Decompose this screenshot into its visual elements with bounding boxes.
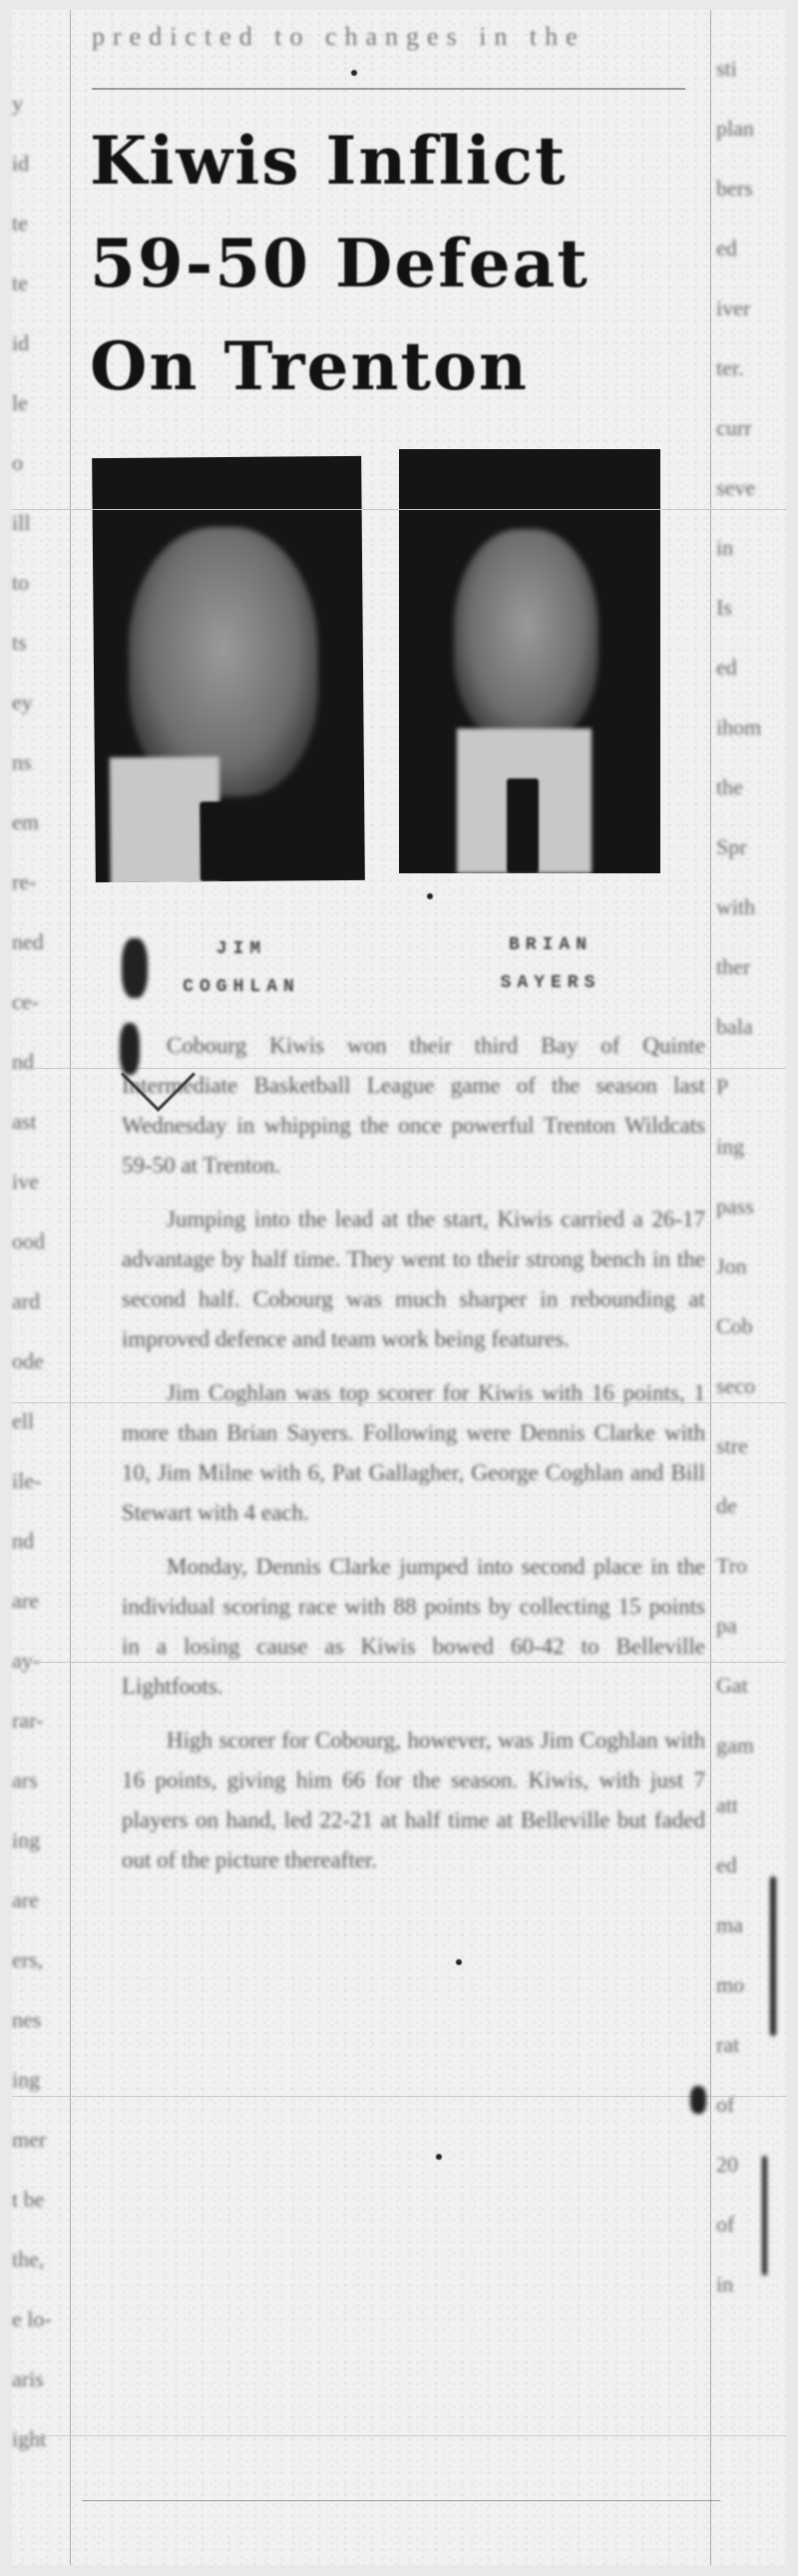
column-fragment: ell [12, 1402, 64, 1440]
bottom-rule [82, 2500, 720, 2501]
column-fragment: ns [12, 744, 64, 781]
top-text-fragment: predicted to changes in the [92, 22, 690, 52]
column-fragment: the, [12, 2241, 64, 2279]
column-fragment: ihom [716, 709, 786, 747]
right-column-divider [710, 10, 711, 2565]
caption-jim-coghlan: JIM COGHLAN [142, 930, 341, 1006]
column-fragment: de [716, 1487, 786, 1525]
column-fragment: in [716, 529, 786, 567]
scan-line [12, 1662, 786, 1663]
column-fragment: sti [716, 50, 786, 88]
column-fragment: seco [716, 1367, 786, 1405]
column-fragment: re- [12, 863, 64, 901]
caption-last-name: COGHLAN [142, 968, 341, 1006]
ink-blot [690, 2086, 706, 2114]
speck [436, 2154, 442, 2160]
column-fragment: plan [716, 110, 786, 148]
left-column-fragments: yidteteidleoilltotseynsemre-nedce-ndasti… [12, 85, 64, 2530]
column-fragment: are [12, 1582, 64, 1620]
column-fragment: in [716, 2266, 786, 2304]
column-fragment: ile- [12, 1462, 64, 1500]
column-fragment: mer [12, 2121, 64, 2159]
column-fragment: pa [716, 1607, 786, 1645]
article-paragraph: Monday, Dennis Clarke jumped into second… [122, 1547, 705, 1707]
column-fragment: te [12, 264, 64, 302]
column-fragment: nd [12, 1043, 64, 1081]
right-column-fragments: stiplanbersediverter.currseveinIsedihomt… [716, 50, 786, 2525]
column-fragment: Is [716, 589, 786, 627]
scan-line [12, 2096, 786, 2097]
column-fragment: nd [12, 1522, 64, 1560]
column-fragment: rar- [12, 1702, 64, 1740]
column-fragment: 20 [716, 2146, 786, 2184]
column-fragment: ed [716, 649, 786, 687]
column-fragment: to [12, 564, 64, 602]
column-fragment: ed [716, 230, 786, 267]
column-fragment: Gat [716, 1667, 786, 1705]
caption-brian-sayers: BRIAN SAYERS [451, 926, 650, 1002]
headline-line-2: 59-50 Defeat [90, 213, 688, 315]
headline-top-rule [92, 88, 685, 90]
column-fragment: seve [716, 469, 786, 507]
scan-line [12, 509, 786, 510]
scan-line [12, 2435, 786, 2436]
scan-line [12, 1402, 786, 1403]
article-paragraph: Jim Coghlan was top scorer for Kiwis wit… [122, 1373, 705, 1533]
photo-jim-coghlan [92, 456, 365, 882]
caption-first-name: BRIAN [451, 926, 650, 964]
left-column-divider [70, 10, 71, 2565]
ink-mark [762, 2156, 767, 2276]
column-fragment: ight [12, 2420, 64, 2458]
column-fragment: em [12, 803, 64, 841]
column-fragment: ts [12, 624, 64, 662]
column-fragment: ing [12, 2061, 64, 2099]
column-fragment: Tro [716, 1547, 786, 1585]
speck [351, 70, 357, 76]
column-fragment: with [716, 888, 786, 926]
article-body: Cobourg Kiwis won their third Bay of Qui… [122, 1026, 705, 1894]
column-fragment: ode [12, 1342, 64, 1380]
column-fragment: ter. [716, 349, 786, 387]
column-fragment: y [12, 85, 64, 123]
column-fragment: e lo- [12, 2301, 64, 2338]
column-fragment: ce- [12, 983, 64, 1021]
column-fragment: ay- [12, 1642, 64, 1680]
column-fragment: ned [12, 923, 64, 961]
column-fragment: o [12, 444, 64, 482]
photo-brian-sayers [399, 449, 660, 873]
column-fragment: of [716, 2086, 786, 2124]
column-fragment: stre [716, 1427, 786, 1465]
headline-line-3: On Trenton [90, 315, 688, 418]
column-fragment: ard [12, 1283, 64, 1320]
headline-line-1: Kiwis Inflict [90, 110, 688, 213]
column-fragment: Spr [716, 828, 786, 866]
column-fragment: ing [12, 1821, 64, 1859]
column-fragment: pass [716, 1188, 786, 1226]
column-fragment: the [716, 769, 786, 806]
newspaper-page: predicted to changes in the Kiwis Inflic… [12, 10, 786, 2565]
column-fragment: ive [12, 1163, 64, 1201]
column-fragment: Jon [716, 1248, 786, 1286]
ink-blot [122, 938, 148, 998]
column-fragment: bers [716, 170, 786, 208]
tie [507, 778, 539, 873]
column-fragment: te [12, 205, 64, 243]
column-fragment: aris [12, 2360, 64, 2398]
column-fragment: ood [12, 1223, 64, 1261]
caption-last-name: SAYERS [451, 964, 650, 1002]
speck [456, 1959, 462, 1965]
column-fragment: P [716, 1068, 786, 1106]
column-fragment: of [716, 2206, 786, 2244]
tie [199, 801, 230, 881]
column-fragment: ers, [12, 1941, 64, 1979]
column-fragment: iver [716, 289, 786, 327]
column-fragment: ast [12, 1103, 64, 1141]
column-fragment: att [716, 1787, 786, 1824]
column-fragment: gam [716, 1727, 786, 1765]
caption-first-name: JIM [142, 930, 341, 968]
column-fragment: Cob [716, 1307, 786, 1345]
ink-mark [770, 1876, 776, 2036]
column-fragment: bala [716, 1008, 786, 1046]
face [454, 529, 598, 744]
column-fragment: ars [12, 1762, 64, 1800]
column-fragment: curr [716, 409, 786, 447]
article-paragraph: Jumping into the lead at the start, Kiwi… [122, 1200, 705, 1359]
column-fragment: id [12, 145, 64, 183]
column-fragment: le [12, 384, 64, 422]
column-fragment: nes [12, 2001, 64, 2039]
column-fragment: ey [12, 684, 64, 722]
speck [427, 893, 433, 899]
column-fragment: id [12, 324, 64, 362]
column-fragment: ing [716, 1128, 786, 1166]
article-paragraph: High scorer for Cobourg, however, was Ji… [122, 1721, 705, 1880]
column-fragment: are [12, 1881, 64, 1919]
column-fragment: ther [716, 948, 786, 986]
article-paragraph: Cobourg Kiwis won their third Bay of Qui… [122, 1026, 705, 1186]
column-fragment: t be [12, 2181, 64, 2219]
headline: Kiwis Inflict 59-50 Defeat On Trenton [90, 110, 688, 418]
